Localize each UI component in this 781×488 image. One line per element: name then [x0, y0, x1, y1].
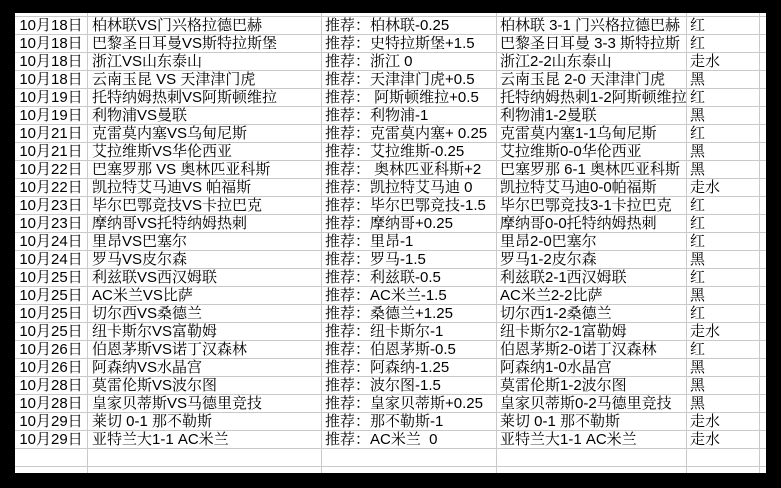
result-cell[interactable]: 罗马1-2皮尔森 — [497, 251, 687, 269]
empty-cell — [760, 323, 766, 341]
date-cell[interactable]: 10月26日 — [15, 359, 88, 377]
empty-cell — [760, 431, 766, 449]
result-cell[interactable]: 云南玉昆 2-0 天津津门虎 — [497, 71, 687, 89]
date-cell[interactable]: 10月28日 — [15, 395, 88, 413]
recommendation-cell[interactable]: 推荐： 奥林匹亚科斯+2 — [322, 161, 497, 179]
empty-cell — [760, 377, 766, 395]
table-row: 10月19日 利物浦VS曼联 推荐：利物浦-1 利物浦1-2曼联 黑 — [15, 107, 766, 125]
recommendation-cell[interactable]: 推荐：桑德兰+1.25 — [322, 305, 497, 323]
match-cell[interactable]: 皇家贝蒂斯VS马德里竞技 — [88, 395, 322, 413]
recommendation-cell[interactable]: 推荐：浙江 0 — [322, 53, 497, 71]
verdict-cell[interactable]: 走水 — [687, 179, 760, 197]
verdict-cell[interactable]: 红 — [687, 89, 760, 107]
match-cell[interactable]: 艾拉维斯VS华伦西亚 — [88, 143, 322, 161]
match-cell[interactable]: 毕尔巴鄂竞技VS卡拉巴克 — [88, 197, 322, 215]
empty-cell — [760, 251, 766, 269]
table-row: 10月18日 浙江VS山东泰山 推荐：浙江 0 浙江2-2山东泰山 走水 — [15, 53, 766, 71]
match-cell[interactable]: 利兹联VS西汉姆联 — [88, 269, 322, 287]
match-cell[interactable]: 柏林联VS门兴格拉德巴赫 — [88, 17, 322, 35]
match-cell[interactable]: 克雷莫内塞VS乌甸尼斯 — [88, 125, 322, 143]
match-cell[interactable]: 亚特兰大1-1 AC米兰 — [88, 431, 322, 449]
result-cell[interactable]: 浙江2-2山东泰山 — [497, 53, 687, 71]
table-row: 10月22日 凯拉特艾马迪VS 帕福斯 推荐：凯拉特艾马迪 0 凯拉特艾马迪0-… — [15, 179, 766, 197]
recommendation-cell[interactable]: 推荐：AC米兰-1.5 — [322, 287, 497, 305]
table-row: 10月21日 克雷莫内塞VS乌甸尼斯 推荐：克雷莫内塞+ 0.25 克雷莫内塞1… — [15, 125, 766, 143]
empty-cell — [760, 269, 766, 287]
match-cell[interactable]: 莫雷伦斯VS波尔图 — [88, 377, 322, 395]
match-cell[interactable]: 阿森纳VS水晶宫 — [88, 359, 322, 377]
table-row: 10月25日 AC米兰VS比萨 推荐：AC米兰-1.5 AC米兰2-2比萨 黑 — [15, 287, 766, 305]
recommendation-cell[interactable]: 推荐：那不勒斯-1 — [322, 413, 497, 431]
match-cell[interactable]: 凯拉特艾马迪VS 帕福斯 — [88, 179, 322, 197]
match-cell[interactable]: AC米兰VS比萨 — [88, 287, 322, 305]
empty-cell — [760, 17, 766, 35]
match-cell[interactable]: 罗马VS皮尔森 — [88, 251, 322, 269]
empty-cell — [760, 413, 766, 431]
recommendation-cell[interactable]: 推荐：毕尔巴鄂竞技-1.5 — [322, 197, 497, 215]
result-cell[interactable]: 阿森纳1-0水晶宫 — [497, 359, 687, 377]
empty-cell — [760, 305, 766, 323]
verdict-cell[interactable]: 红 — [687, 17, 760, 35]
recommendation-cell[interactable]: 推荐：艾拉维斯-0.25 — [322, 143, 497, 161]
recommendation-cell[interactable]: 推荐：柏林联-0.25 — [322, 17, 497, 35]
table-row: 10月24日 里昂VS巴塞尔 推荐：里昂-1 里昂2-0巴塞尔 红 — [15, 233, 766, 251]
verdict-cell[interactable]: 红 — [687, 233, 760, 251]
result-cell[interactable]: 克雷莫内塞1-1乌甸尼斯 — [497, 125, 687, 143]
table-row: 10月18日 巴黎圣日耳曼VS斯特拉斯堡 推荐：史特拉斯堡+1.5 巴黎圣日耳曼… — [15, 35, 766, 53]
recommendation-cell[interactable]: 推荐：皇家贝蒂斯+0.25 — [322, 395, 497, 413]
empty-cell — [760, 197, 766, 215]
empty-cell[interactable] — [88, 449, 322, 467]
date-cell[interactable]: 10月25日 — [15, 269, 88, 287]
date-cell[interactable]: 10月24日 — [15, 251, 88, 269]
date-cell[interactable]: 10月22日 — [15, 161, 88, 179]
table-row: 10月28日 莫雷伦斯VS波尔图 推荐：波尔图-1.5 莫雷伦斯1-2波尔图 黑 — [15, 377, 766, 395]
empty-cell — [322, 467, 497, 473]
verdict-cell[interactable]: 红 — [687, 305, 760, 323]
table-body: 10月18日 柏林联VS门兴格拉德巴赫 推荐：柏林联-0.25 柏林联 3-1 … — [15, 17, 766, 449]
match-cell[interactable]: 巴黎圣日耳曼VS斯特拉斯堡 — [88, 35, 322, 53]
date-cell[interactable]: 10月26日 — [15, 341, 88, 359]
recommendation-cell[interactable]: 推荐：纽卡斯尔-1 — [322, 323, 497, 341]
verdict-cell[interactable]: 黑 — [687, 143, 760, 161]
result-cell[interactable]: 里昂2-0巴塞尔 — [497, 233, 687, 251]
recommendation-cell[interactable]: 推荐：凯拉特艾马迪 0 — [322, 179, 497, 197]
match-cell[interactable]: 浙江VS山东泰山 — [88, 53, 322, 71]
recommendation-cell[interactable]: 推荐： 阿斯顿维拉+0.5 — [322, 89, 497, 107]
date-cell[interactable]: 10月18日 — [15, 53, 88, 71]
recommendation-cell[interactable]: 推荐：阿森纳-1.25 — [322, 359, 497, 377]
empty-cell — [760, 89, 766, 107]
empty-cell[interactable] — [497, 449, 687, 467]
empty-cell — [760, 215, 766, 233]
table-row: 10月19日 托特纳姆热刺VS阿斯顿维拉 推荐： 阿斯顿维拉+0.5 托特纳姆热… — [15, 89, 766, 107]
date-cell[interactable]: 10月25日 — [15, 305, 88, 323]
table-row: 10月23日 摩纳哥VS托特纳姆热刺 推荐：摩纳哥+0.25 摩纳哥0-0托特纳… — [15, 215, 766, 233]
empty-cell — [760, 233, 766, 251]
match-cell[interactable]: 伯恩茅斯VS诺丁汉森林 — [88, 341, 322, 359]
empty-cell — [15, 467, 88, 473]
result-cell[interactable]: 切尔西1-2桑德兰 — [497, 305, 687, 323]
screenshot-canvas: { "colors": { "background": "#ffffff", "… — [0, 0, 781, 488]
result-cell[interactable]: 凯拉特艾马迪0-0帕福斯 — [497, 179, 687, 197]
table-row: 10月23日 毕尔巴鄂竞技VS卡拉巴克 推荐：毕尔巴鄂竞技-1.5 毕尔巴鄂竞技… — [15, 197, 766, 215]
table-row: 10月24日 罗马VS皮尔森 推荐：罗马-1.5 罗马1-2皮尔森 黑 — [15, 251, 766, 269]
empty-cell — [760, 449, 766, 467]
empty-cell — [760, 35, 766, 53]
empty-cell — [760, 467, 766, 473]
result-cell[interactable]: 亚特兰大1-1 AC米兰 — [497, 431, 687, 449]
recommendation-cell[interactable]: 推荐：利物浦-1 — [322, 107, 497, 125]
table-row: 10月22日 巴塞罗那 VS 奥林匹亚科斯 推荐： 奥林匹亚科斯+2 巴塞罗那 … — [15, 161, 766, 179]
empty-cell — [760, 107, 766, 125]
verdict-cell[interactable]: 走水 — [687, 323, 760, 341]
table-row: 10月29日 莱切 0-1 那不勒斯 推荐：那不勒斯-1 莱切 0-1 那不勒斯… — [15, 413, 766, 431]
table-row: 10月21日 艾拉维斯VS华伦西亚 推荐：艾拉维斯-0.25 艾拉维斯0-0华伦… — [15, 143, 766, 161]
empty-cell[interactable] — [687, 449, 760, 467]
verdict-cell[interactable]: 红 — [687, 197, 760, 215]
empty-cell — [497, 467, 687, 473]
match-cell[interactable]: 摩纳哥VS托特纳姆热刺 — [88, 215, 322, 233]
result-cell[interactable]: 巴黎圣日耳曼 3-3 斯特拉斯 — [497, 35, 687, 53]
empty-cell — [760, 179, 766, 197]
partial-row-bottom — [15, 467, 766, 473]
verdict-cell[interactable]: 黑 — [687, 251, 760, 269]
match-cell[interactable]: 里昂VS巴塞尔 — [88, 233, 322, 251]
verdict-cell[interactable]: 黑 — [687, 107, 760, 125]
result-cell[interactable]: 莫雷伦斯1-2波尔图 — [497, 377, 687, 395]
date-cell[interactable]: 10月19日 — [15, 107, 88, 125]
result-cell[interactable]: 摩纳哥0-0托特纳姆热刺 — [497, 215, 687, 233]
date-cell[interactable]: 10月24日 — [15, 233, 88, 251]
verdict-cell[interactable]: 走水 — [687, 53, 760, 71]
recommendation-cell[interactable]: 推荐：罗马-1.5 — [322, 251, 497, 269]
date-cell[interactable]: 10月22日 — [15, 179, 88, 197]
recommendation-cell[interactable]: 推荐：摩纳哥+0.25 — [322, 215, 497, 233]
recommendation-cell[interactable]: 推荐：AC米兰 0 — [322, 431, 497, 449]
table-row: 10月25日 利兹联VS西汉姆联 推荐：利兹联-0.5 利兹联2-1西汉姆联 红 — [15, 269, 766, 287]
recommendation-cell[interactable]: 推荐：伯恩茅斯-0.5 — [322, 341, 497, 359]
date-cell[interactable]: 10月18日 — [15, 35, 88, 53]
match-cell[interactable]: 纽卡斯尔VS富勒姆 — [88, 323, 322, 341]
table-row: 10月25日 切尔西VS桑德兰 推荐：桑德兰+1.25 切尔西1-2桑德兰 红 — [15, 305, 766, 323]
result-cell[interactable]: 利兹联2-1西汉姆联 — [497, 269, 687, 287]
empty-cell — [760, 359, 766, 377]
empty-cell — [760, 125, 766, 143]
empty-cell[interactable] — [322, 449, 497, 467]
result-cell[interactable]: 柏林联 3-1 门兴格拉德巴赫 — [497, 17, 687, 35]
table-row: 10月25日 纽卡斯尔VS富勒姆 推荐：纽卡斯尔-1 纽卡斯尔2-1富勒姆 走水 — [15, 323, 766, 341]
match-cell[interactable]: 巴塞罗那 VS 奥林匹亚科斯 — [88, 161, 322, 179]
empty-cell — [760, 161, 766, 179]
recommendation-cell[interactable]: 推荐：史特拉斯堡+1.5 — [322, 35, 497, 53]
empty-cell — [760, 71, 766, 89]
table-row: 10月18日 柏林联VS门兴格拉德巴赫 推荐：柏林联-0.25 柏林联 3-1 … — [15, 17, 766, 35]
date-cell[interactable]: 10月18日 — [15, 71, 88, 89]
result-cell[interactable]: 艾拉维斯0-0华伦西亚 — [497, 143, 687, 161]
match-cell[interactable]: 利物浦VS曼联 — [88, 107, 322, 125]
date-cell[interactable]: 10月28日 — [15, 377, 88, 395]
date-cell[interactable]: 10月29日 — [15, 431, 88, 449]
date-cell[interactable]: 10月25日 — [15, 287, 88, 305]
empty-cell — [760, 143, 766, 161]
verdict-cell[interactable]: 黑 — [687, 161, 760, 179]
table-row: 10月18日 云南玉昆 VS 天津津门虎 推荐：天津津门虎+0.5 云南玉昆 2… — [15, 71, 766, 89]
verdict-cell[interactable]: 红 — [687, 35, 760, 53]
date-cell[interactable]: 10月29日 — [15, 413, 88, 431]
verdict-cell[interactable]: 红 — [687, 215, 760, 233]
result-cell[interactable]: 利物浦1-2曼联 — [497, 107, 687, 125]
empty-cell — [760, 341, 766, 359]
verdict-cell[interactable]: 走水 — [687, 413, 760, 431]
verdict-cell[interactable]: 红 — [687, 269, 760, 287]
empty-cell — [687, 467, 760, 473]
result-cell[interactable]: 巴塞罗那 6-1 奥林匹亚科斯 — [497, 161, 687, 179]
verdict-cell[interactable]: 黑 — [687, 377, 760, 395]
table-row: 10月26日 阿森纳VS水晶宫 推荐：阿森纳-1.25 阿森纳1-0水晶宫 黑 — [15, 359, 766, 377]
match-cell[interactable]: 云南玉昆 VS 天津津门虎 — [88, 71, 322, 89]
verdict-cell[interactable]: 黑 — [687, 395, 760, 413]
empty-cell — [760, 287, 766, 305]
date-cell[interactable]: 10月23日 — [15, 197, 88, 215]
verdict-cell[interactable]: 黑 — [687, 359, 760, 377]
table-row: 10月29日 亚特兰大1-1 AC米兰 推荐：AC米兰 0 亚特兰大1-1 AC… — [15, 431, 766, 449]
date-cell[interactable]: 10月19日 — [15, 89, 88, 107]
spreadsheet: 10月18日 柏林联VS门兴格拉德巴赫 推荐：柏林联-0.25 柏林联 3-1 … — [15, 13, 766, 473]
table-row: 10月28日 皇家贝蒂斯VS马德里竞技 推荐：皇家贝蒂斯+0.25 皇家贝蒂斯0… — [15, 395, 766, 413]
result-cell[interactable]: 皇家贝蒂斯0-2马德里竞技 — [497, 395, 687, 413]
recommendation-cell[interactable]: 推荐：里昂-1 — [322, 233, 497, 251]
recommendation-cell[interactable]: 推荐：克雷莫内塞+ 0.25 — [322, 125, 497, 143]
empty-cell[interactable] — [15, 449, 88, 467]
result-cell[interactable]: 纽卡斯尔2-1富勒姆 — [497, 323, 687, 341]
verdict-cell[interactable]: 红 — [687, 125, 760, 143]
match-cell[interactable]: 切尔西VS桑德兰 — [88, 305, 322, 323]
date-cell[interactable]: 10月23日 — [15, 215, 88, 233]
recommendation-cell[interactable]: 推荐：利兹联-0.5 — [322, 269, 497, 287]
empty-cell — [88, 467, 322, 473]
verdict-cell[interactable]: 红 — [687, 341, 760, 359]
result-cell[interactable]: 毕尔巴鄂竞技3-1卡拉巴克 — [497, 197, 687, 215]
result-cell[interactable]: 伯恩茅斯2-0诺丁汉森林 — [497, 341, 687, 359]
verdict-cell[interactable]: 黑 — [687, 287, 760, 305]
recommendation-cell[interactable]: 推荐：天津津门虎+0.5 — [322, 71, 497, 89]
empty-cell — [760, 53, 766, 71]
empty-row — [15, 449, 766, 467]
verdict-cell[interactable]: 走水 — [687, 431, 760, 449]
date-cell[interactable]: 10月25日 — [15, 323, 88, 341]
verdict-cell[interactable]: 黑 — [687, 71, 760, 89]
match-cell[interactable]: 莱切 0-1 那不勒斯 — [88, 413, 322, 431]
recommendation-cell[interactable]: 推荐：波尔图-1.5 — [322, 377, 497, 395]
date-cell[interactable]: 10月21日 — [15, 143, 88, 161]
table-row: 10月26日 伯恩茅斯VS诺丁汉森林 推荐：伯恩茅斯-0.5 伯恩茅斯2-0诺丁… — [15, 341, 766, 359]
date-cell[interactable]: 10月18日 — [15, 17, 88, 35]
result-cell[interactable]: AC米兰2-2比萨 — [497, 287, 687, 305]
empty-cell — [760, 395, 766, 413]
date-cell[interactable]: 10月21日 — [15, 125, 88, 143]
match-cell[interactable]: 托特纳姆热刺VS阿斯顿维拉 — [88, 89, 322, 107]
result-cell[interactable]: 莱切 0-1 那不勒斯 — [497, 413, 687, 431]
result-cell[interactable]: 托特纳姆热刺1-2阿斯顿维拉 — [497, 89, 687, 107]
